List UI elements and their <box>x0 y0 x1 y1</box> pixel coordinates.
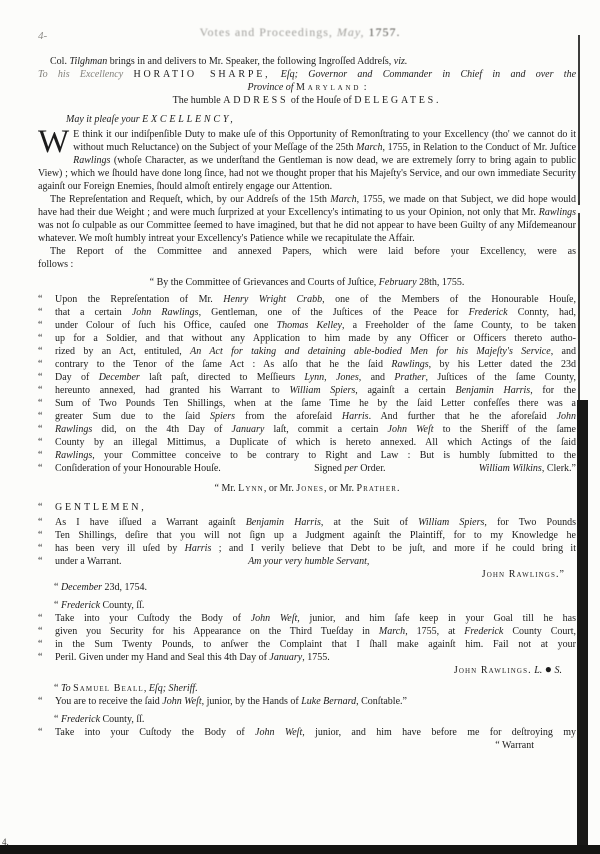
text-segment: Rawlings <box>55 424 92 435</box>
text-segment: , or Mr. <box>264 483 297 494</box>
text-segment: : <box>361 82 366 93</box>
text-segment: “ <box>54 582 61 593</box>
text-segment: January <box>269 652 302 663</box>
text-segment: laſt paſt, directed to Meſſieurs <box>140 372 305 383</box>
text-segment: County, ſſ. <box>100 714 144 725</box>
text-segment: from the aforeſaid <box>235 411 342 422</box>
text-segment: . And further that he the aforeſaid <box>369 411 557 422</box>
text-segment: , Conſtable.” <box>356 696 407 707</box>
text-segment: 28th, 1755. <box>417 277 465 288</box>
text-line: “has been very ill uſed by Harris ; and … <box>38 542 576 555</box>
text-line: “contrary to the Tenor of the ſame Act :… <box>38 358 576 371</box>
text-segment: Samuel Beall <box>73 683 144 694</box>
text-segment: May it pleaſe your <box>66 114 142 125</box>
margin-quote: “ <box>38 371 42 384</box>
text-segment: EXCELLENCY, <box>142 114 236 125</box>
text-segment: and <box>361 372 394 383</box>
text-line: “ By the Committee of Grievances and Cou… <box>38 276 576 289</box>
text-line: May it pleaſe your EXCELLENCY, <box>66 113 576 126</box>
text-segment: “ Warrant <box>495 740 534 751</box>
text-segment: John Rawlings. <box>482 569 560 580</box>
text-segment: Province of <box>248 82 297 93</box>
seal-icon: ● <box>545 662 552 676</box>
text-segment: Col. <box>50 56 69 67</box>
text-segment: viz. <box>394 56 408 67</box>
text-segment: that a certain <box>55 307 132 318</box>
drop-cap: W <box>38 128 73 156</box>
text-line: “GENTLEMEN, <box>38 501 576 514</box>
text-segment: given you Security for his Appearance on… <box>55 626 379 637</box>
margin-quote: “ <box>38 625 42 638</box>
text-segment: December <box>61 582 102 593</box>
text-line: “up for a Soldier, and that without any … <box>38 332 576 345</box>
line-column: Signed per Order. <box>314 462 385 475</box>
scan-edge-line <box>578 35 580 205</box>
text-segment: December <box>99 372 140 383</box>
text-segment: John Weſt <box>162 696 201 707</box>
margin-quote: “ <box>38 345 42 358</box>
text-segment: , junior, by the Hands of <box>202 696 302 707</box>
text-segment: was not ſo culpable as our Committee ſee… <box>38 220 576 244</box>
scan-edge-strip <box>577 400 588 854</box>
text-segment: Connty, had, <box>508 307 576 318</box>
line-column <box>496 555 576 568</box>
text-segment: Take into your Cuſtody the Body of <box>55 613 251 624</box>
margin-quote: “ <box>38 501 42 514</box>
margin-quote: “ <box>38 529 42 542</box>
text-segment: John Weſt <box>251 613 298 624</box>
text-segment: You are to receive the ſaid <box>55 696 162 707</box>
margin-quote: “ <box>38 397 42 410</box>
text-segment: Am your very humble Servant, <box>248 556 369 567</box>
text-segment: S. <box>552 665 562 676</box>
text-segment: Frederick <box>469 307 508 318</box>
text-segment: (whoſe Character, as we underſtand the G… <box>38 155 576 192</box>
text-line: “Rawlings did, on the 4th Day of January… <box>38 423 576 436</box>
text-segment: John <box>557 411 576 422</box>
text-line: “ Mr. Lynn, or Mr. Jones, or Mr. Prather… <box>38 482 576 495</box>
text-segment: to the Sheriff of the ſame <box>434 424 576 435</box>
text-line: “rized by an Act, entituled, An Act for … <box>38 345 576 358</box>
mittimus-second: “ Frederick County, ſſ.“Take into your C… <box>38 713 576 752</box>
text-segment: did, on the 4th Day of <box>92 424 231 435</box>
text-segment: Governor and Commander in Chief in and o… <box>308 69 576 80</box>
mittimus-first: “ Frederick County, ſſ.“Take into your C… <box>38 599 576 677</box>
text-segment: ” <box>560 569 564 580</box>
text-segment: March <box>330 194 356 205</box>
text-line: To his Excellency HORATIO SHARPE, Eſq; G… <box>38 68 576 81</box>
text-segment: The humble <box>173 95 224 106</box>
margin-quote: “ <box>38 306 42 319</box>
text-segment: Benjamin Harris <box>246 517 321 528</box>
text-line: Province of Maryland : <box>38 81 576 94</box>
text-segment: , 1755, in Relation to the Conduct of Mr… <box>382 142 576 153</box>
text-segment: Day of <box>55 372 99 383</box>
text-segment: rized by an Act, entituled, <box>55 346 190 357</box>
margin-quote: “ <box>38 726 42 739</box>
margin-quote: “ <box>38 319 42 332</box>
corner-mark: 4. <box>2 836 9 849</box>
text-line: “ December 23d, 1754. <box>54 581 576 594</box>
text-segment: per <box>344 463 357 474</box>
text-segment: Rawlings <box>55 450 92 461</box>
margin-quote: “ <box>38 410 42 423</box>
text-line: The Report of the Committee and annexed … <box>38 245 576 258</box>
text-segment: John Rawlings <box>132 307 199 318</box>
text-line: “Ten Shillings, deſire that you will not… <box>38 529 576 542</box>
text-line: “in the Sum Twenty Pounds, to anſwer the… <box>38 638 576 651</box>
text-segment: up for a Soldier, and that without any A… <box>55 333 576 344</box>
margin-quote: “ <box>38 462 42 475</box>
text-segment: Votes and Proceedings, <box>199 25 336 39</box>
rawlings-letter: “GENTLEMEN,“As I have iſſued a Warrant a… <box>38 501 576 594</box>
text-segment: , Clerk.” <box>542 463 576 474</box>
text-segment: “ <box>54 600 61 611</box>
margin-quote: “ <box>38 449 42 462</box>
text-segment: Signed <box>314 463 344 474</box>
line-column: Am your very humble Servant, <box>248 555 369 568</box>
text-segment: , one of the Members of the Honourable H… <box>322 294 576 305</box>
text-segment: contrary to the Tenor of the ſame Act : … <box>55 359 391 370</box>
text-segment: under a Warrant. <box>55 556 121 567</box>
text-segment: brings in and delivers to Mr. Speaker, t… <box>107 56 394 67</box>
text-segment: Harris <box>342 411 369 422</box>
text-segment: Henry Wright Crabb <box>223 294 322 305</box>
text-line: “County by an illegal Mittimus, a Duplic… <box>38 436 576 449</box>
text-segment: , 1755, at <box>405 626 464 637</box>
margin-quote: “ <box>38 436 42 449</box>
text-segment: greater Sum due to the ſaid <box>55 411 210 422</box>
scan-bottom-band <box>0 845 600 854</box>
text-line: Col. Tilghman brings in and delivers to … <box>38 55 576 68</box>
text-segment: Prather <box>356 483 397 494</box>
text-line: “Conſideration of your Honourable Houſe.… <box>38 462 576 475</box>
text-segment: Rawlings <box>539 207 576 218</box>
text-segment: , Juſtices of the ſame County, <box>426 372 577 383</box>
text-segment: , or Mr. <box>324 483 357 494</box>
text-segment: An Act for taking and detaining able-bod… <box>190 346 551 357</box>
text-segment: , at the Suit of <box>321 517 418 528</box>
text-line: “greater Sum due to the ſaid Spiers from… <box>38 410 576 423</box>
text-segment: County, ſſ. <box>100 600 144 611</box>
text-segment: , 1755. <box>302 652 330 663</box>
text-segment: As I have iſſued a Warrant againſt <box>55 517 246 528</box>
text-segment: The Repreſentation and Requeſt, which, b… <box>50 194 330 205</box>
text-segment: To his Excellency <box>38 69 133 80</box>
text-segment: Frederick <box>464 626 503 637</box>
text-line: “Take into your Cuſtody the Body of John… <box>38 612 576 625</box>
committee-report: “Upon the Repreſentation of Mr. Henry Wr… <box>38 293 576 475</box>
margin-quote: “ <box>38 423 42 436</box>
text-segment: Lynn <box>238 483 264 494</box>
margin-quote: “ <box>38 612 42 625</box>
text-segment: , junior, and him ſafe keep in your Goal… <box>297 613 576 624</box>
text-segment: ADDRESS <box>223 95 288 106</box>
text-line: “ Warrant <box>38 739 576 752</box>
text-segment: Sum of Two Pounds Ten Shillings, when at… <box>55 398 576 409</box>
margin-quote: “ <box>38 651 42 664</box>
text-line: “Upon the Repreſentation of Mr. Henry Wr… <box>38 293 576 306</box>
text-segment: , Gentleman, one of the Juſtices of the … <box>199 307 469 318</box>
text-segment: County Court, <box>503 626 576 637</box>
text-segment: William Spiers <box>418 517 484 528</box>
text-segment: Maryland <box>296 82 361 93</box>
address-body: WE think it our indiſpenſible Duty to ma… <box>38 128 576 271</box>
text-line: “ To Samuel Beall, Eſq; Sheriff. <box>54 682 576 695</box>
text-segment: The Report of the Committee and annexed … <box>50 246 576 257</box>
text-segment: John Weſt <box>388 424 434 435</box>
line-column: Conſideration of your Honourable Houſe. <box>55 462 221 475</box>
scan-edge-line <box>578 213 580 400</box>
text-segment: Jones <box>296 483 324 494</box>
text-segment: Thomas Kelley <box>277 320 342 331</box>
addressee-line: “ Mr. Lynn, or Mr. Jones, or Mr. Prather… <box>38 482 576 495</box>
text-segment: Rawlings <box>73 155 110 166</box>
text-segment: Peril. Given under my Hand and Seal this… <box>55 652 269 663</box>
text-line: “given you Security for his Appearance o… <box>38 625 576 638</box>
text-segment <box>270 69 280 80</box>
text-segment: March <box>379 626 405 637</box>
text-line: follows : <box>38 258 576 271</box>
text-segment: “ By the Committee of Grievances and Cou… <box>150 277 379 288</box>
line-column: William Wilkins, Clerk.” <box>479 462 576 475</box>
text-line: “You are to receive the ſaid John Weſt, … <box>38 695 576 708</box>
text-segment: 23d, 1754. <box>102 582 147 593</box>
text-line: John Rawlings.” <box>38 568 576 581</box>
scanned-document-page: 4- Votes and Proceedings, May, 1757. Col… <box>0 0 600 854</box>
text-segment: , againſt a certain <box>355 385 455 396</box>
text-segment: Spiers <box>210 411 235 422</box>
text-segment: Frederick <box>61 714 100 725</box>
text-segment: Eſq; Sheriff. <box>149 683 198 694</box>
text-segment: has been very ill uſed by <box>55 543 185 554</box>
text-segment: . <box>397 483 400 494</box>
text-segment: February <box>379 277 417 288</box>
text-line: Votes and Proceedings, May, 1757. <box>0 26 600 39</box>
text-segment: , by his Letter dated the 23d <box>429 359 576 370</box>
text-segment: “ Mr. <box>215 483 239 494</box>
text-segment: County by an illegal Mittimus, a Duplica… <box>55 437 576 448</box>
text-line: “Take into your Cuſtody the Body of John… <box>38 726 576 739</box>
text-segment: Prather <box>394 372 425 383</box>
text-segment: laſt, commit a certain <box>264 424 387 435</box>
text-segment: ; and I verily believe that Debt to be j… <box>211 543 576 554</box>
text-line: “Day of December laſt paſt, directed to … <box>38 371 576 384</box>
text-segment: To <box>61 683 73 694</box>
text-segment: Benjamin Harris <box>455 385 530 396</box>
margin-quote: “ <box>38 695 42 708</box>
salutation: May it pleaſe your EXCELLENCY, <box>38 113 576 126</box>
text-segment: William Spiers <box>289 385 355 396</box>
margin-quote: “ <box>38 358 42 371</box>
margin-quote: “ <box>38 542 42 555</box>
margin-quote: “ <box>38 555 42 568</box>
text-line: “Peril. Given under my Hand and Seal thi… <box>38 651 576 664</box>
text-segment: , for Two Pounds <box>484 517 576 528</box>
text-segment: John Weſt <box>255 727 302 738</box>
text-segment: GENTLEMEN, <box>55 502 147 513</box>
text-segment: “ <box>54 714 61 725</box>
sheriff-receipt: “ To Samuel Beall, Eſq; Sheriff.“You are… <box>38 682 576 708</box>
text-segment: William Wilkins <box>479 463 542 474</box>
text-line: The Repreſentation and Requeſt, which, b… <box>38 193 576 245</box>
text-segment: Rawlings <box>391 359 428 370</box>
text-line: “Rawlings, your Committee conceive to be… <box>38 449 576 462</box>
margin-quote: “ <box>38 293 42 306</box>
text-segment: 1757. <box>365 25 401 39</box>
margin-quote: “ <box>38 332 42 345</box>
text-segment: , and <box>551 346 576 357</box>
intro-section: Col. Tilghman brings in and delivers to … <box>38 55 576 107</box>
text-segment: John Rawlings. <box>454 665 532 676</box>
text-segment: Upon the Repreſentation of Mr. <box>55 294 223 305</box>
text-segment: , a Freeholder of the ſame County, to be… <box>342 320 576 331</box>
text-segment: , for the <box>530 385 576 396</box>
text-line: “ Frederick County, ſſ. <box>54 599 576 612</box>
text-segment: Order. <box>358 463 386 474</box>
text-segment: , your Committee conceive to be contrary… <box>92 450 576 461</box>
text-segment: Frederick <box>61 600 100 611</box>
text-segment: January <box>232 424 265 435</box>
text-segment: May, <box>337 25 365 39</box>
text-line: “under a Warrant.Am your very humble Ser… <box>38 555 576 568</box>
text-segment: HORATIO SHARPE, <box>133 69 270 80</box>
text-segment: March <box>356 142 382 153</box>
text-segment: DELEGATES. <box>354 95 441 106</box>
text-line: “hereunto annexed, had granted his Warra… <box>38 384 576 397</box>
page-content: Col. Tilghman brings in and delivers to … <box>0 0 600 752</box>
text-segment: under Colour of ſuch his Office, cauſed … <box>55 320 277 331</box>
text-line: “under Colour of ſuch his Office, cauſed… <box>38 319 576 332</box>
text-segment: “ <box>54 683 61 694</box>
text-segment: hereunto annexed, had granted his Warran… <box>55 385 289 396</box>
text-segment: , junior, and him have before me for deſ… <box>302 727 576 738</box>
text-segment: Conſideration of your Honourable Houſe. <box>55 463 221 474</box>
text-line: “Sum of Two Pounds Ten Shillings, when a… <box>38 397 576 410</box>
text-line: John Rawlings. L. ● S. <box>38 664 576 677</box>
running-title: Votes and Proceedings, May, 1757. <box>0 26 600 39</box>
margin-quote: “ <box>38 384 42 397</box>
text-segment: Harris <box>185 543 212 554</box>
text-segment: Eſq; <box>281 69 309 80</box>
text-segment: Take into your Cuſtody the Body of <box>55 727 255 738</box>
text-segment: Tilghman <box>69 56 107 67</box>
text-segment: Ten Shillings, deſire that you will not … <box>55 530 576 541</box>
text-line: “As I have iſſued a Warrant againſt Benj… <box>38 516 576 529</box>
margin-quote: “ <box>38 638 42 651</box>
text-line: “that a certain John Rawlings, Gentleman… <box>38 306 576 319</box>
text-segment: Lynn, Jones, <box>304 372 361 383</box>
text-segment: in the Sum Twenty Pounds, to anſwer the … <box>55 639 576 650</box>
text-segment: of the Houſe of <box>288 95 354 106</box>
line-column: under a Warrant. <box>55 555 121 568</box>
text-segment: follows : <box>38 259 73 270</box>
text-line: The humble ADDRESS of the Houſe of DELEG… <box>38 94 576 107</box>
report-heading: “ By the Committee of Grievances and Cou… <box>38 276 576 289</box>
text-segment: L. <box>534 665 545 676</box>
margin-quote: “ <box>38 516 42 529</box>
text-line: WE think it our indiſpenſible Duty to ma… <box>38 128 576 193</box>
text-line: “ Frederick County, ſſ. <box>54 713 576 726</box>
text-segment: Luke Bernard <box>301 696 356 707</box>
